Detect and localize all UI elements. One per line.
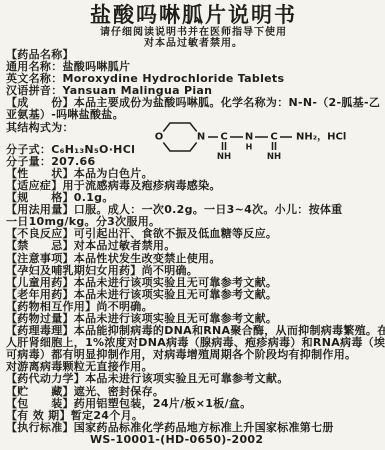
line-storage: 【贮 藏】遮光、密封保存。 bbox=[6, 386, 381, 398]
line-pregnancy-use: 【孕妇及哺乳期妇女用药】尚不明确。 bbox=[6, 265, 381, 277]
carbon1-label: C bbox=[220, 132, 227, 143]
carbon2-label: C bbox=[270, 132, 277, 143]
line-pharmacokinetics: 【药代动力学】本品未进行该项实验且无可靠参考文献。 bbox=[6, 373, 381, 385]
amine-hcl-label: NH₂，HCl bbox=[296, 132, 346, 143]
details-section: 【性 状】本品为白色片。 【适应症】用于流感病毒及疱疹病毒感染。 【规 格】0.… bbox=[6, 168, 381, 446]
line-standard-number: WS-10001-(HD-0650)-2002 bbox=[6, 434, 381, 446]
document-title: 盐酸吗啉胍片说明书 bbox=[6, 3, 381, 27]
mid-hydrogen-label: H bbox=[246, 143, 253, 152]
mid-nitrogen-label: N bbox=[245, 132, 253, 143]
line-contraindications: 【禁 忌】对本品过敏者禁用。 bbox=[6, 240, 381, 252]
read-carefully-warning: 请仔细阅读说明书并在医师指导下使用 bbox=[6, 27, 381, 38]
oxygen-atom-label: O bbox=[155, 132, 164, 143]
drug-instruction-sheet: 盐酸吗啉胍片说明书 请仔细阅读说明书并在医师指导下使用 对本品过敏者禁用。 【药… bbox=[0, 0, 385, 450]
structural-formula-diagram: O N C NH N H C NH NH₂，HCl bbox=[145, 111, 380, 163]
imine1-label: NH bbox=[217, 152, 231, 162]
line-precautions: 【注意事项】本品性状发生改变禁止使用。 bbox=[6, 253, 381, 265]
line-validity-period: 【有 效 期】暂定24个月。 bbox=[6, 410, 381, 422]
line-packaging: 【包 装】药用铝塑包装，24片/板×1板/盒。 bbox=[6, 398, 381, 410]
line-children-use: 【儿童用药】本品未进行该项实验且无可靠参考文献。 bbox=[6, 277, 381, 289]
ring-nitrogen-label: N bbox=[197, 132, 205, 143]
imine2-label: NH bbox=[267, 152, 281, 162]
document-header: 盐酸吗啉胍片说明书 请仔细阅读说明书并在医师指导下使用 对本品过敏者禁用。 bbox=[6, 3, 381, 49]
